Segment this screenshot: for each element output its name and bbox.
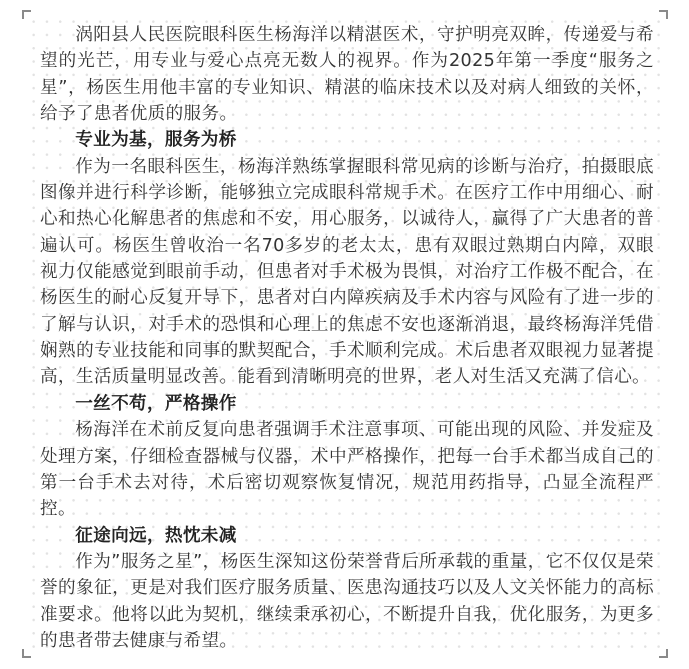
- article-body: 涡阳县人民医院眼科医生杨海洋以精湛医术，守护明亮双眸，传递爱与希望的光芒，用专业…: [40, 22, 654, 654]
- intro-paragraph: 涡阳县人民医院眼科医生杨海洋以精湛医术，守护明亮双眸，传递爱与希望的光芒，用专业…: [40, 22, 654, 127]
- section-heading-professional: 专业为基，服务为桥: [40, 127, 654, 153]
- body-paragraph-professional: 作为一名眼科医生，杨海洋熟练掌握眼科常见病的诊断与治疗，拍摄眼底图像并进行科学诊…: [40, 154, 654, 391]
- corner-mark-bottom-right-icon: [659, 649, 668, 658]
- corner-mark-top-left-icon: [22, 10, 31, 19]
- corner-mark-top-right-icon: [659, 10, 668, 19]
- body-paragraph-rigorous: 杨海洋在术前反复向患者强调手术注意事项、可能出现的风险、并发症及处理方案，仔细检…: [40, 417, 654, 522]
- body-paragraph-journey: 作为”服务之星”，杨医生深知这份荣誉背后所承载的重量，它不仅仅是荣誉的象征，更是…: [40, 549, 654, 654]
- corner-mark-bottom-left-icon: [22, 649, 31, 658]
- section-heading-journey: 征途向远，热忱未减: [40, 523, 654, 549]
- section-heading-rigorous: 一丝不苟，严格操作: [40, 391, 654, 417]
